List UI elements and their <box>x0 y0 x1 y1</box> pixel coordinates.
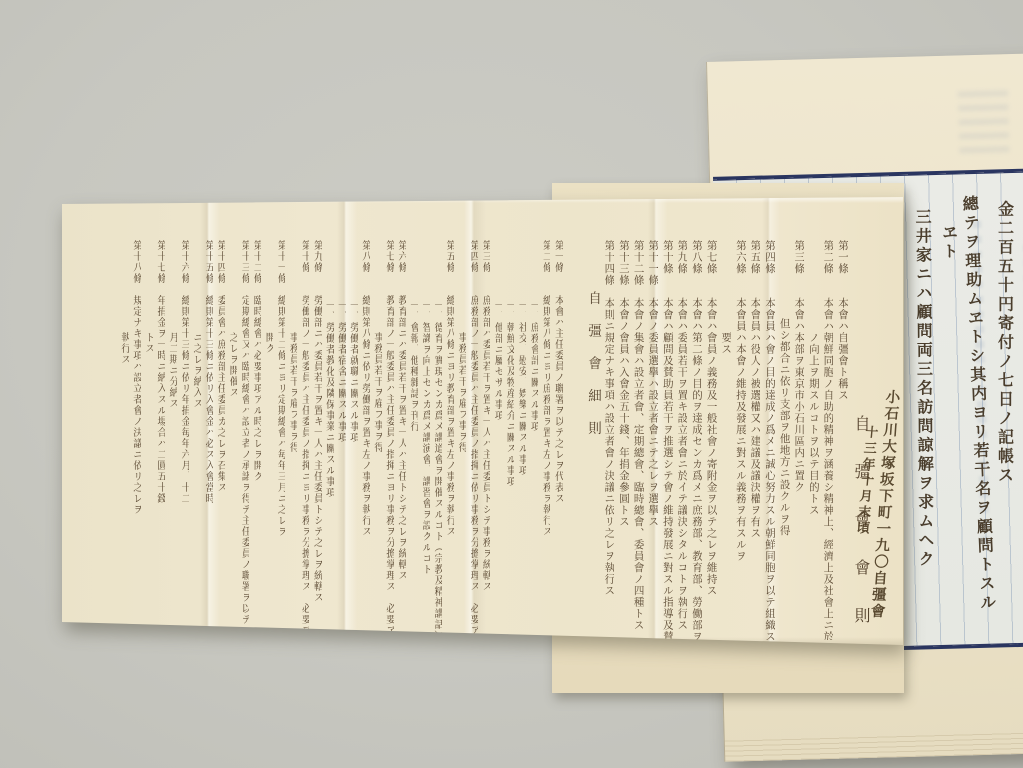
printed-text-column: 一、他部ニ屬セサル事項 <box>492 300 503 640</box>
photograph-of-documents: 金二百五十円寄付ノ七日ノ記帳ス 總テヲ理助ムヱトシ其内ヨリ若干名ヲ顧問トスル ヱ… <box>0 0 1023 768</box>
printed-text-column: 月二期ニ分納ス <box>166 332 177 640</box>
printed-text-column: 第十條 本會ハ顧問及賛助員若干ヲ推選シテ會ノ維持發展ニ對スル指導及賛助ヲ受ク <box>662 240 673 640</box>
printed-text-column: 第九條 勞働部ニハ委員若干ヲ置キ一人ハ主任委員トシテ之レヲ統轄ス <box>311 240 322 640</box>
printed-text-column: 開ク <box>263 332 274 640</box>
printed-text-column: 第十條 勞働部ノ一般委員ハ主任委員ノ指揮ニヨリ事務ヲ分擔掌理ス 必要アル場合ハ <box>299 240 310 640</box>
printed-text-column: 一、朝鮮文化及物産紹介ニ關スル事項 <box>504 300 515 640</box>
printed-text-column: ニ之レヲ納入ス <box>191 332 202 640</box>
printed-text-column: 要ス <box>720 332 731 640</box>
printed-text-column: 第十五條 總則第十三條ニ依リ入會金ハ必ス入會當時 <box>203 240 214 640</box>
printed-text-column: 第七條 教育部ノ一般委員ハ主任委員ノ指揮ニヨリ事務ヲ分擔掌理ス 必要アル場合ハ <box>383 240 394 640</box>
printed-text-column: 第五條 總則第八條ニヨリ教育部ヲ置キ左ノ事務ヲ執行ス <box>444 240 455 640</box>
printed-text-column: ノ向上ヲ期スルコトヲ以テ目的トス <box>808 332 819 640</box>
printed-text-column: 一、德育ヲ實現センカ爲メ講道會ヲ開催スルコト（宗教及精神講話） <box>432 300 443 640</box>
printed-text-column: 一、勞働者宿舍ニ關スル事項 <box>335 300 346 640</box>
printed-text-column: 事務員若干ヲ雇フ事ヲ得 <box>287 332 298 640</box>
printed-text-column: 第二條 本會ハ朝鮮同胞ノ自助的精神ヲ涵養シ精神上、經濟上及社會上ニ於ケル地位 <box>822 240 833 640</box>
printed-text-column: 第十八條 規定ナキ事項ハ設立者會ノ決議ニ依リ之レヲ <box>130 240 141 640</box>
notebook-page-edges-bottom <box>725 731 1023 762</box>
printed-text-column: 第十七條 年捐金ヲ一時ニ納入スル場合ハ二圓五十錢 <box>154 240 165 640</box>
printed-text-column: 一、庶務會計ニ關スル事項 <box>528 300 539 640</box>
pamphlet-paper: 自彊會會則 小石川大塚坂下町一九〇自彊會 十三年十月末頃 第一條 本會ハ自彊會ト… <box>62 197 903 647</box>
printed-text-column: 第四條 本會員ハ會ノ目的達成ノ爲メニ誠心努力スル朝鮮同胞ヲ以テ組織ス <box>764 240 775 640</box>
handwritten-column: 三井家ニハ顧問両三名訪問諒解ヲ求ムヘク <box>914 208 933 569</box>
printed-text-column: 第十三條 定期總會又ハ臨時總會ハ設立者ノ承諾ヲ得テ主任委員ノ聯署ヲ以テ <box>239 240 250 640</box>
unfolded-pamphlet-sheet: 自彊會會則 小石川大塚坂下町一九〇自彊會 十三年十月末頃 第一條 本會ハ自彊會ト… <box>62 197 903 647</box>
printed-text-column: 第十一條 本會ノ委員選擧ハ設立者會ニテ之レヲ選擧ス <box>647 240 658 640</box>
pamphlet-bylaws-title: 自彊會細則 <box>583 291 603 454</box>
printed-text-column: 之レヲ開催ス <box>227 332 238 640</box>
printed-text-column: 事務員若干ヲ雇フ事ヲ得 <box>371 332 382 640</box>
printed-text-column: 但シ都合ニ依リ支部ヲ他地方ニ設クルヲ得 <box>779 318 790 640</box>
printed-text-column: 第七條 本會ハ會員ノ義務及一般社會ノ寄附金ヲ以テ之レヲ維持ス <box>706 240 717 640</box>
printed-text-column: 第十一條 總則第十二條ニヨリ定期總會ハ毎年三月ニ之レヲ <box>275 240 286 640</box>
printed-text-column: 一、社交、慰安、娯樂ニ關スル事項 <box>516 300 527 640</box>
printed-text-column: 第三條 庶務部ハ委員若干ヲ置キ一人ハ主任委員トシテ事務ヲ統轄ス <box>480 240 491 640</box>
printed-text-column: 第十二條 臨時總會ハ必要事項アル時之レヲ開ク <box>251 240 262 640</box>
printed-text-column: 事務員若干ヲ雇フ事ヲ得 <box>456 332 467 640</box>
printed-text-column: 第四條 庶務部ノ一般委員ハ主任委員ノ指揮ニ依リ事務ヲ分擔掌理ス 必要アル場合ハ <box>468 240 479 640</box>
printed-text-column: トス <box>142 332 153 640</box>
printed-text-column: 一、會報、他種雜誌ヲ刊行 <box>407 300 418 640</box>
ink-bleedthrough <box>958 82 1010 153</box>
printed-text-column: 第一條 本會ハ自彊會ト稱ス <box>837 240 848 640</box>
printed-text-column: 第六條 本會員ハ本會ノ維持及發展ニ對スル義務ヲ有スルヲ <box>735 240 746 640</box>
printed-text-column: 一、勞働者教化及隣保事業ニ關スル事項 <box>323 300 334 640</box>
printed-text-column: 第二條 總則第八條ニヨリ庶務部ヲ置キ左ノ事務ヲ執行ス <box>540 240 551 640</box>
printed-text-column: 第十四條 委員會ハ庶務部主任委員カ之レヲ召集ス <box>215 240 226 640</box>
printed-text-column: 執行ス <box>118 332 129 640</box>
printed-text-column: 第一條 本會ハ主任委員ノ聯署ヲ以テ之レヲ代表ス <box>552 240 563 640</box>
handwritten-column: ヱト <box>940 224 957 262</box>
printed-text-column: 第十三條 本會ノ會員ハ入會金五十錢、年捐金參圓トス <box>618 240 629 640</box>
printed-text-column: 第十六條 總則第十三條ニ依リ年捐金毎年六月、十二 <box>178 240 189 640</box>
printed-text-column: 第六條 教育部ニハ委員若干ヲ置キ一人ハ主任トシテ之レヲ統轄ス <box>395 240 406 640</box>
printed-text-column: 第十二條 本會ノ集會ハ設立者會、定期總會、臨時總會、委員會ノ四種トス <box>633 240 644 640</box>
printed-text-column: 一、勞働者就職ニ關スル事項 <box>347 300 358 640</box>
printed-text-column: 第五條 本會員ハ役人ノ被選權又ハ建議及議決權ヲ有ス <box>749 240 760 640</box>
handwritten-column: 金二百五十円寄付ノ七日ノ記帳ス <box>996 200 1012 485</box>
printed-text-column: 第八條 總則第八條ニ依リ勞働部ヲ置キ左ノ事務ヲ執行ス <box>359 240 370 640</box>
printed-text-column: 一、智識ヲ向上センカ爲メ講演會、講習會ヲ設クルコト <box>419 300 430 640</box>
printed-text-column: 第八條 本會ハ第二條ノ目的ヲ達成センカ爲メニ庶務部、教育部、勞働部ヲ設置ス <box>691 240 702 640</box>
printed-text-column: 第三條 本會ハ本部ヲ東京市小石川區内ニ置ク <box>793 240 804 640</box>
printed-text-column: 第九條 本會ハ委員若干ヲ置キ設立者會ニ於イテ議決シタルコトヲ執行ス <box>676 240 687 640</box>
printed-text-column: 第十四條 本則ニ規定ナキ事項ハ設立者會ノ決議ニ依リ之レヲ執行ス <box>603 240 614 640</box>
